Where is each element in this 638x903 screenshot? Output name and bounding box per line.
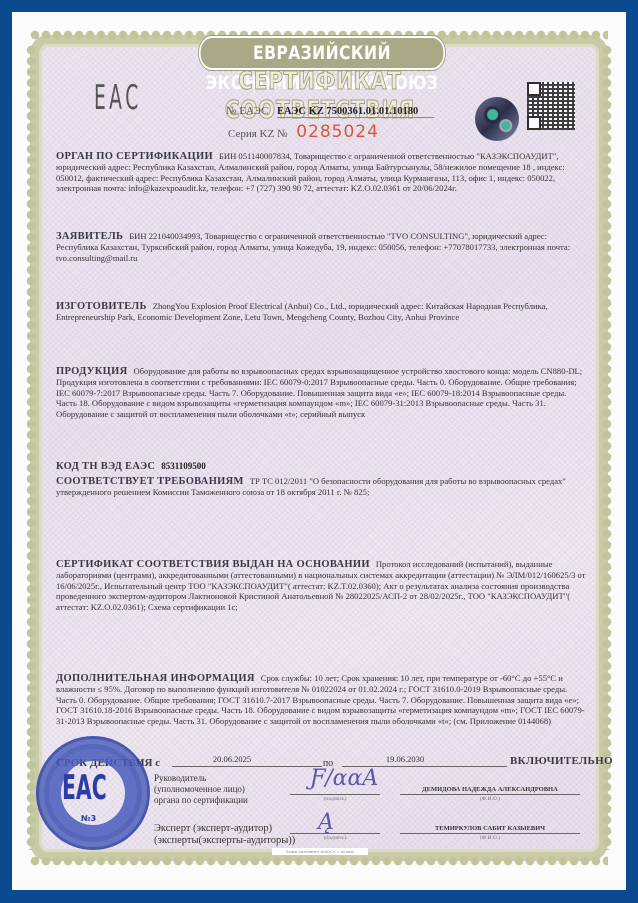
number-label: № ЕАЭС xyxy=(226,105,268,117)
date-to: 19.06.2030 xyxy=(350,754,460,764)
series-number: 0285024 xyxy=(296,122,379,142)
section-certification-body: ОРГАН ПО СЕРТИФИКАЦИИБИН 051140007834, Т… xyxy=(56,151,586,194)
head-signature: Ƒ/ααA xyxy=(310,766,378,791)
section-heading: СООТВЕТСТВУЕТ ТРЕБОВАНИЯМ xyxy=(56,476,244,487)
tn-ved-code: 8531109500 xyxy=(161,461,206,471)
expert-name: ТЕМИРКУЛОВ САБИТ КАЗЫЕВИЧ xyxy=(400,825,580,832)
head-signature-line xyxy=(290,794,380,795)
section-heading: ДОПОЛНИТЕЛЬНАЯ ИНФОРМАЦИЯ xyxy=(56,673,255,684)
section-heading: СЕРТИФИКАТ СООТВЕТСТВИЯ ВЫДАН НА ОСНОВАН… xyxy=(56,559,370,570)
decorative-border-bottom xyxy=(30,856,608,866)
expert-role-line: Эксперт (эксперт-аудитор) xyxy=(154,823,295,835)
section-heading: КОД ТН ВЭД ЕАЭС xyxy=(56,461,155,472)
section-issued-basis: СЕРТИФИКАТ СООТВЕТСТВИЯ ВЫДАН НА ОСНОВАН… xyxy=(56,559,586,612)
section-applicant: ЗАЯВИТЕЛЬБИН 221040034993, Товарищество … xyxy=(56,231,586,263)
expert-name-line xyxy=(400,833,580,834)
head-role-line: (уполномоченное лицо) xyxy=(154,784,248,795)
section-heading: ОРГАН ПО СЕРТИФИКАЦИИ xyxy=(56,151,213,162)
head-name-line xyxy=(400,794,580,795)
eac-logo-icon: ЕАС xyxy=(94,78,142,118)
section-product: ПРОДУКЦИЯОборудование для работы во взры… xyxy=(56,366,586,419)
head-role-line: Руководитель xyxy=(154,773,248,784)
signature-caption: (подпись) xyxy=(290,796,380,802)
section-manufacturer: ИЗГОТОВИТЕЛЬZhongYou Explosion Proof Ele… xyxy=(56,301,586,323)
expert-signature-line xyxy=(290,833,380,834)
name-caption: (Ф.И.О.) xyxy=(400,835,580,841)
section-tn-ved-code: КОД ТН ВЭД ЕАЭС8531109500 xyxy=(56,461,586,472)
certificate-number-row: № ЕАЭС ЕАЭС KZ 7500361.01.01.10180 xyxy=(226,105,434,117)
section-compliance: СООТВЕТСТВУЕТ ТРЕБОВАНИЯМТР ТС 012/2011 … xyxy=(56,476,586,498)
decorative-border-right xyxy=(602,45,612,850)
head-role: Руководитель (уполномоченное лицо) орган… xyxy=(154,773,248,805)
signature-caption: (подпись) xyxy=(290,835,380,841)
name-caption: (Ф.И.О.) xyxy=(400,796,580,802)
section-heading: ПРОДУКЦИЯ xyxy=(56,366,127,377)
inclusive-label: ВКЛЮЧИТЕЛЬНО xyxy=(510,755,613,767)
expert-signature: Ą xyxy=(318,810,334,835)
series-label: Серия KZ № xyxy=(228,128,287,140)
expert-role: Эксперт (эксперт-аудитор) (эксперты(эксп… xyxy=(154,823,295,846)
series-row: Серия KZ № 0285024 xyxy=(228,122,379,142)
section-text: Оборудование для работы во взрывоопасных… xyxy=(56,366,582,419)
section-text: БИН 221040034993, Товарищество с огранич… xyxy=(56,231,570,263)
printer-note: Бланк изготовлен «КАОС», г. Астана xyxy=(272,848,368,855)
hologram-seal-icon xyxy=(475,97,519,141)
qr-code-icon[interactable] xyxy=(527,82,575,130)
date-from: 20.06.2025 xyxy=(172,754,292,764)
date-from-line xyxy=(172,766,322,767)
section-heading: ИЗГОТОВИТЕЛЬ xyxy=(56,301,147,312)
section-heading: ЗАЯВИТЕЛЬ xyxy=(56,231,123,242)
decorative-border-left xyxy=(26,45,36,850)
stamp-number: №3 xyxy=(81,814,96,823)
certificate-number: ЕАЭС KZ 7500361.01.01.10180 xyxy=(277,106,434,118)
expert-role-line: (эксперты(эксперты-аудиторы)) xyxy=(154,835,295,847)
head-name: ДЕМИДОВА НАДЕЖДА АЛЕКСАНДРОВНА xyxy=(400,786,580,793)
section-additional-info: ДОПОЛНИТЕЛЬНАЯ ИНФОРМАЦИЯСрок службы: 10… xyxy=(56,673,586,726)
stamp-eac-logo-icon: ЕАС xyxy=(62,768,107,808)
union-banner: ЕВРАЗИЙСКИЙ ЭКОНОМИЧЕСКИЙ СОЮЗ xyxy=(199,36,445,70)
head-role-line: органа по сертификации xyxy=(154,795,248,806)
